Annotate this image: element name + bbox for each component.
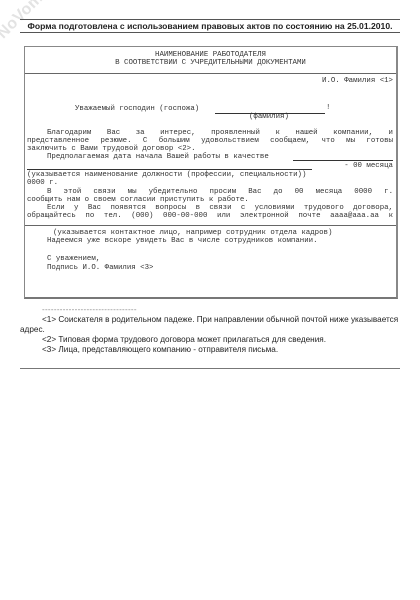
closing-hope: Надеемся уже вскоре увидеть Вас в числе … bbox=[47, 237, 318, 245]
greeting-exclamation: ! bbox=[326, 104, 330, 112]
surname-caption: (фамилия) bbox=[249, 113, 289, 121]
header-top-rule bbox=[20, 19, 400, 20]
footnotes-separator: -------------------------------- bbox=[42, 305, 400, 315]
footnotes-section: -------------------------------- <1> Сои… bbox=[20, 305, 400, 355]
para2-line1: Предполагаемая дата начала Вашей работы … bbox=[47, 153, 269, 161]
footnote-3: <3> Лица, представляющего компанию - отп… bbox=[20, 345, 400, 355]
employer-separator bbox=[25, 73, 396, 74]
addressee-name: И.О. Фамилия <1> bbox=[322, 77, 393, 85]
position-caption: (указывается наименование должности (про… bbox=[27, 171, 306, 179]
footnote-1: <1> Соискателя в родительном падеже. При… bbox=[20, 315, 400, 335]
position-field-continued bbox=[27, 169, 312, 170]
bottom-rule bbox=[20, 368, 400, 369]
greeting-text: Уважаемый господин (госпожа) bbox=[75, 105, 199, 113]
header-bottom-rule bbox=[20, 32, 400, 33]
year-line: 0000 г. bbox=[27, 179, 58, 187]
contact-separator bbox=[25, 225, 396, 226]
header-note: Форма подготовлена с использованием прав… bbox=[20, 21, 400, 31]
signature-line: Подпись И.О. Фамилия <3> bbox=[47, 264, 153, 272]
employer-name-line2: В СООТВЕТСТВИИ С УЧРЕДИТЕЛЬНЫМИ ДОКУМЕНТ… bbox=[25, 59, 396, 67]
regards-text: С уважением, bbox=[47, 255, 100, 263]
para4-line2: обращайтесь по тел. (000) 000-00-000 или… bbox=[27, 212, 393, 220]
footnote-2: <2> Типовая форма трудового договора мож… bbox=[20, 335, 400, 345]
letter-template-box: НАИМЕНОВАНИЕ РАБОТОДАТЕЛЯ В СООТВЕТСТВИИ… bbox=[24, 46, 398, 299]
position-field bbox=[293, 160, 393, 161]
para2-line2: - 00 месяца bbox=[344, 162, 393, 170]
